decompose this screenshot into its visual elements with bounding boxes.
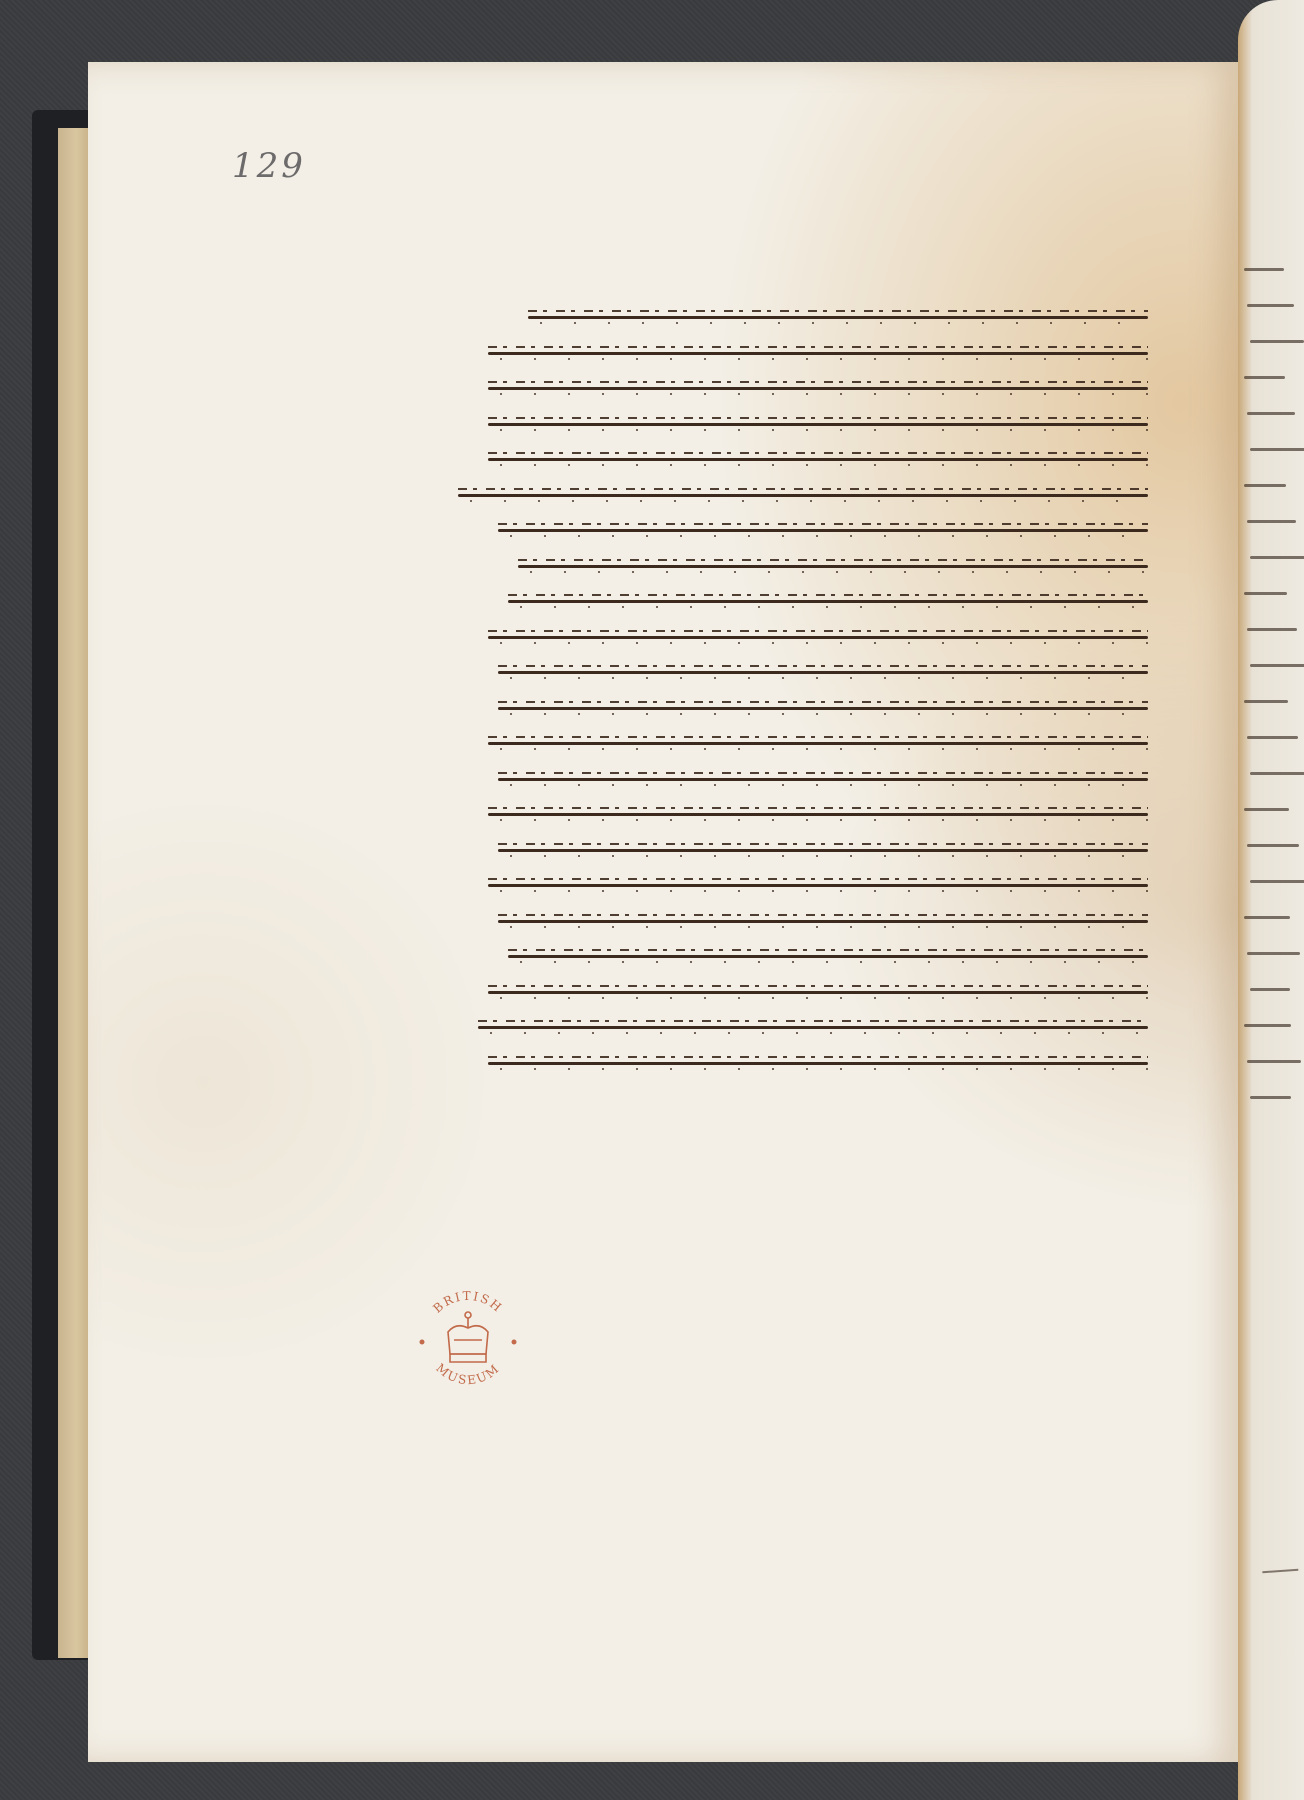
facing-page-line (1247, 520, 1296, 523)
facing-page-line (1244, 700, 1288, 703)
manuscript-text-line (458, 407, 1148, 443)
manuscript-text-line (458, 691, 1148, 727)
facing-page-line (1250, 988, 1290, 991)
facing-page-line (1247, 412, 1295, 415)
manuscript-text-line (458, 1010, 1148, 1046)
facing-page-line (1250, 448, 1304, 451)
facing-page-line (1250, 880, 1304, 883)
folio-number: 129 (232, 146, 306, 186)
manuscript-text-block (458, 300, 1148, 1081)
manuscript-text-line (458, 762, 1148, 798)
manuscript-text-line (458, 939, 1148, 975)
manuscript-text-line (458, 797, 1148, 833)
manuscript-text-line (458, 833, 1148, 869)
facing-page-line (1244, 1024, 1291, 1027)
manuscript-text-line (458, 442, 1148, 478)
facing-page-line (1250, 340, 1304, 343)
facing-page-line (1247, 844, 1299, 847)
facing-page-line (1250, 1096, 1291, 1099)
british-museum-stamp: BRITISH MUSEUM (408, 1278, 528, 1398)
facing-page-line (1250, 772, 1304, 775)
crown-icon: BRITISH MUSEUM (408, 1278, 528, 1398)
stamp-bottom-text: MUSEUM (433, 1361, 502, 1387)
facing-page-line (1247, 1060, 1301, 1063)
manuscript-text-line (458, 620, 1148, 656)
facing-page-line (1244, 808, 1289, 811)
manuscript-text-line (458, 584, 1148, 620)
facing-page-line (1244, 376, 1285, 379)
svg-text:MUSEUM: MUSEUM (433, 1361, 502, 1387)
manuscript-text-line (458, 371, 1148, 407)
facing-page-text (1244, 268, 1304, 1218)
facing-page-line (1247, 628, 1297, 631)
facing-page-line (1247, 736, 1298, 739)
facing-page-line (1244, 916, 1290, 919)
manuscript-text-line (458, 904, 1148, 940)
facing-page-line (1244, 484, 1286, 487)
facing-page-line (1250, 664, 1304, 667)
manuscript-text-line (458, 1046, 1148, 1082)
manuscript-text-line (458, 478, 1148, 514)
manuscript-text-line (458, 975, 1148, 1011)
facing-page-line (1244, 268, 1284, 271)
manuscript-text-line (458, 726, 1148, 762)
manuscript-text-line (458, 868, 1148, 904)
facing-page-line (1247, 304, 1294, 307)
manuscript-text-line (458, 513, 1148, 549)
facing-page-line (1244, 592, 1287, 595)
facing-page-line (1250, 556, 1304, 559)
manuscript-text-line (458, 549, 1148, 585)
manuscript-text-line (458, 300, 1148, 336)
facing-page-catchword (1262, 1559, 1299, 1573)
manuscript-text-line (458, 655, 1148, 691)
manuscript-text-line (458, 336, 1148, 372)
facing-page-line (1247, 952, 1300, 955)
